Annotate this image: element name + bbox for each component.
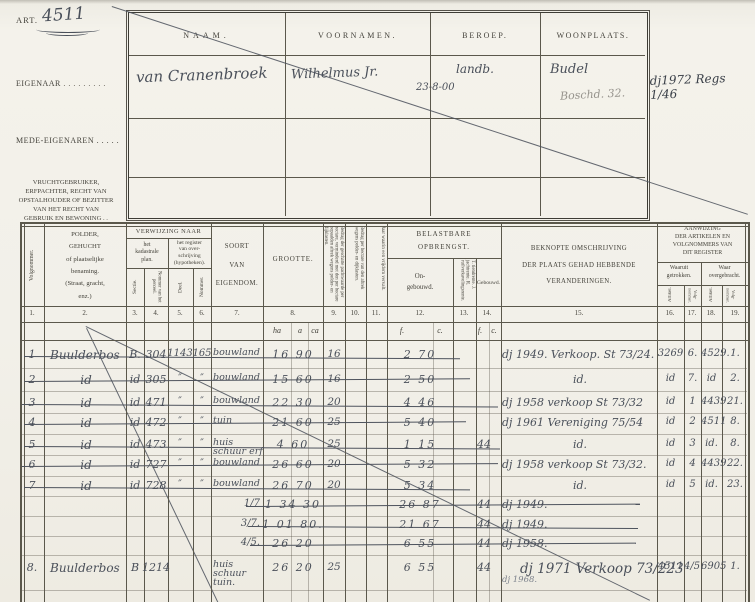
grid-line [748,222,750,602]
column-number: 2. [73,307,97,320]
art-underline-2 [46,30,88,36]
cell-veranderingen: id. [545,438,615,451]
summary-cell-label: 3/7. [226,518,260,529]
grid-line [20,226,750,227]
column-number: 5. [168,307,192,320]
col-header-nummer-perceel: Nommer van het perceel. [145,268,167,305]
cell-naar_volgnr: 2. [722,373,748,384]
cell-veranderingen: dj 1949. Verkoop. St 73/24. [502,348,658,361]
group-header-waaruit: Waaruit getrokken. [657,263,701,283]
row-rule [22,555,747,556]
eigenaar-leader-dots: . . . . . . . . . [63,79,106,88]
row-rule [22,516,747,517]
cell-naar_artikel: 6905 [701,561,722,572]
cell-uit_artikel: id [657,373,684,384]
col-header-nommer: Nommer. [193,269,211,305]
column-number: 16. [658,307,682,320]
eigenaar-beroep: landb. [456,62,494,76]
cell-pachtwaarde: 25 [321,561,347,573]
cell-uit_artikel: 4511 [657,561,684,572]
cell-volgnr: 8. [20,561,44,574]
group-header-register-overschrijving: het register van over- schrijving (hypot… [168,238,211,268]
cell-nommer: ″ [190,416,214,427]
cell-naar_artikel: 4529. [701,348,722,359]
cell-gebouwd: 44 [468,561,500,574]
eigenaar-label: EIGENAAR . . . . . . . . . [16,79,106,88]
row-rule [22,434,747,435]
col-header-renten: T. tiendrente. J. jachtrente. R. ruilver… [455,260,475,304]
unit-label: f. [392,324,412,338]
unit-label: c. [430,324,450,338]
grid-line [20,322,748,323]
grid-line [745,222,746,602]
row-rule [22,413,747,414]
cell-veranderingen: dj 1958 verkoop St 73/32 [502,396,658,409]
summary-cell-grootte: 1 01 80. [259,518,327,531]
grid-line [20,222,750,224]
column-number: 18. [699,307,723,320]
row-rule [22,391,747,392]
summary-cell-gebouwd: 44 [468,518,500,531]
cell-uit_artikel: id [657,438,684,449]
cell-volgnr: 2 [20,373,44,386]
col-header-naar-volgnommer: Volg-nommer. [722,285,739,305]
cell-polder: id [44,438,128,452]
cell-nommer: ″ [190,458,214,469]
col-header-uit-volgnommer: Volg-nommer. [684,285,701,305]
cell-naar_volgnr: 21. [722,396,748,407]
col-header-vrijdom: Jaar waarin een vrijdom vervalt. [368,226,385,304]
register-page: ART. 4511 dj1972 Regs 1/46 EIGENAAR . . … [0,0,755,602]
cell-ongebouwd: 6 55 [385,561,455,574]
grid-line [387,258,501,259]
cell-veranderingen: dj 1961 Vereniging 75/54 [502,416,658,429]
group-header-belastbare: BELASTBARE OPBRENGST. [387,226,501,256]
cell-polder: Buulderbos [50,348,128,362]
grid-line [126,238,211,239]
col-header-grootte: GROOTTE. [263,228,323,290]
cell-volgnr: 5 [20,438,44,451]
cell-naar_volgnr: 22. [722,458,748,469]
cell-volgnr: 7 [20,479,44,492]
col-header-woonplaats: WOONPLAATS. [540,26,646,44]
cell-polder: id [44,479,128,493]
cell-grootte: 22 30 [259,396,327,409]
grid-line [129,177,645,178]
cell-uit_volgnr: 1 [684,396,701,407]
unit-label: c. [484,324,504,338]
col-header-beroep: BEROEP. [430,26,540,44]
col-header-ongebouwd: On- gebouwd. [387,262,453,304]
cell-volgnr: 3 [20,396,44,409]
cell-nommer: ″ [190,373,214,384]
cell-naar_volgnr: 23. [722,479,748,490]
eigenaar-label-text: EIGENAAR [16,79,61,88]
row-rule [22,496,747,497]
col-header-aftrek: Bedrag per hectare van den aftrek wegens… [347,226,364,304]
cell-uit_volgnr: 6. [684,348,701,359]
group-header-kadastrale-plan: het kadastrale plan. [126,239,168,267]
col-header-gebouwd: Gebouwd. [476,262,501,304]
summary-cell-ongebouwd: 21 67 [385,518,455,531]
col-header-pachtwaarde: Bedrag der geschatte pachtwaarde per hec… [325,226,344,304]
row-rule [22,590,747,591]
cell-naar_artikel: id. [701,479,722,490]
summary-cell-grootte: 26 20 [259,537,327,550]
eigenaar-woonplaats: Budel [550,62,588,77]
art-number: 4511 [41,4,86,27]
vruchtgebruiker-label: VRUCHTGEBRUIKER, ERFPACHTER, RECHT VAN O… [8,179,124,223]
col-header-soort: SOORT VAN EIGENDOM. [211,232,263,300]
grid-line [657,285,748,286]
grid-line [24,222,25,602]
group-header-aanwijzing: AANWIJZING DER ARTIKELEN EN VOLGNOMMERS … [657,224,748,260]
grid-line [126,222,127,602]
column-number: 14. [475,307,499,320]
summary-cell-grootte: 1 34 30 [259,498,327,511]
cell-naar_artikel: 4439 [701,458,722,469]
cell-grootte: 26 70 [259,479,327,492]
mede-eigenaren-label: MEDE-EIGENAREN . . . . . [16,136,119,145]
cell-polder: id [44,396,128,410]
cell-grootte: 16 90 [259,348,327,361]
column-number: 8. [281,307,305,320]
col-header-polder: POLDER, GEHUCHT of plaatselijke benaming… [44,228,126,304]
cell-uit_volgnr: 7. [684,373,701,384]
cell-veranderingen: id. [545,373,615,386]
col-header-uit-artikel: Artikel. [657,285,684,305]
cell-naar_volgnr: 8. [722,416,748,427]
grid-line-light [489,322,490,602]
cell-naar_artikel: id [701,373,722,384]
column-number: 12. [408,307,432,320]
column-number: 7. [225,307,249,320]
eigenaar-geboortedatum: 23-8-00 [416,82,455,93]
cell-uit_volgnr: 4/5. [684,561,701,572]
cell-veranderingen: dj 1958 verkoop St 73/32. [502,458,658,471]
cell-volgnr: 6 [20,458,44,471]
row-rule [22,368,747,369]
cell-volgnr: 4 [20,416,44,429]
cell-veranderingen: dj 1971 Verkoop 73/223 [520,561,676,577]
col-header-beknopte: BEKNOPTE OMSCHRIJVING DER PLAATS GEHAD H… [501,234,657,298]
cell-naar_volgnr: 8. [722,438,748,449]
column-number: 1. [20,307,44,320]
cell-uit_artikel: 3269 [657,348,684,359]
grid-line [20,340,748,341]
summary-cell-label: 1/7 [226,498,260,509]
cell-uit_volgnr: 5 [684,479,701,490]
col-header-voornamen: VOORNAMEN. [285,26,430,44]
column-number: 15. [567,307,591,320]
col-header-naam: NAAM. [128,26,285,44]
summary-cell-label: 4/5. [226,537,260,548]
cell-uit_artikel: id [657,479,684,490]
cell-uit_artikel: id [657,396,684,407]
margin-note: dj1972 Regs 1/46 [650,70,755,102]
grid-line [126,268,211,269]
grid-line [657,262,748,263]
row-rule [22,476,747,477]
col-header-sectie: Sectie. [126,269,144,305]
grid-line [129,118,645,119]
cell-uit_artikel: id [657,458,684,469]
cell-uit_artikel: id [657,416,684,427]
row-rule [22,455,747,456]
art-label: ART. [16,15,38,25]
column-number: 11. [364,307,388,320]
column-number: 13. [452,307,476,320]
column-number: 19. [723,307,747,320]
cell-volgnr: 1 [20,348,44,361]
cell-uit_volgnr: 3 [684,438,701,449]
cell-polder: Buulderbos [50,561,128,575]
column-number: 4. [144,307,168,320]
grid-line [211,222,212,602]
cell-naar_volgnr: 1. [722,561,748,572]
scan-edge [0,0,755,4]
cell-naar_volgnr: 1. [722,348,748,359]
cell-grootte: 26 20 [259,561,327,574]
group-header-waar: Waar overgebracht. [701,263,748,283]
cell-naar_artikel: 4439. [701,396,722,407]
cell-nummer: 1214 [142,561,170,574]
cell-veranderingen: id. [545,479,615,492]
column-number: 6. [190,307,214,320]
grid-line [44,222,45,602]
cell-uit_volgnr: 4 [684,458,701,469]
unit-label: ha [267,324,287,338]
col-header-deel: Deel. [168,269,193,305]
cell-naar_artikel: 4511 [701,416,722,427]
grid-line [20,222,22,602]
cell-naar_artikel: id. [701,438,722,449]
grid-line [129,55,645,56]
cell-grootte: 4 60 [259,438,327,451]
unit-label: ca [305,324,325,338]
col-header-naar-artikel: Artikel. [701,285,722,305]
cell-uit_volgnr: 2 [684,416,701,427]
